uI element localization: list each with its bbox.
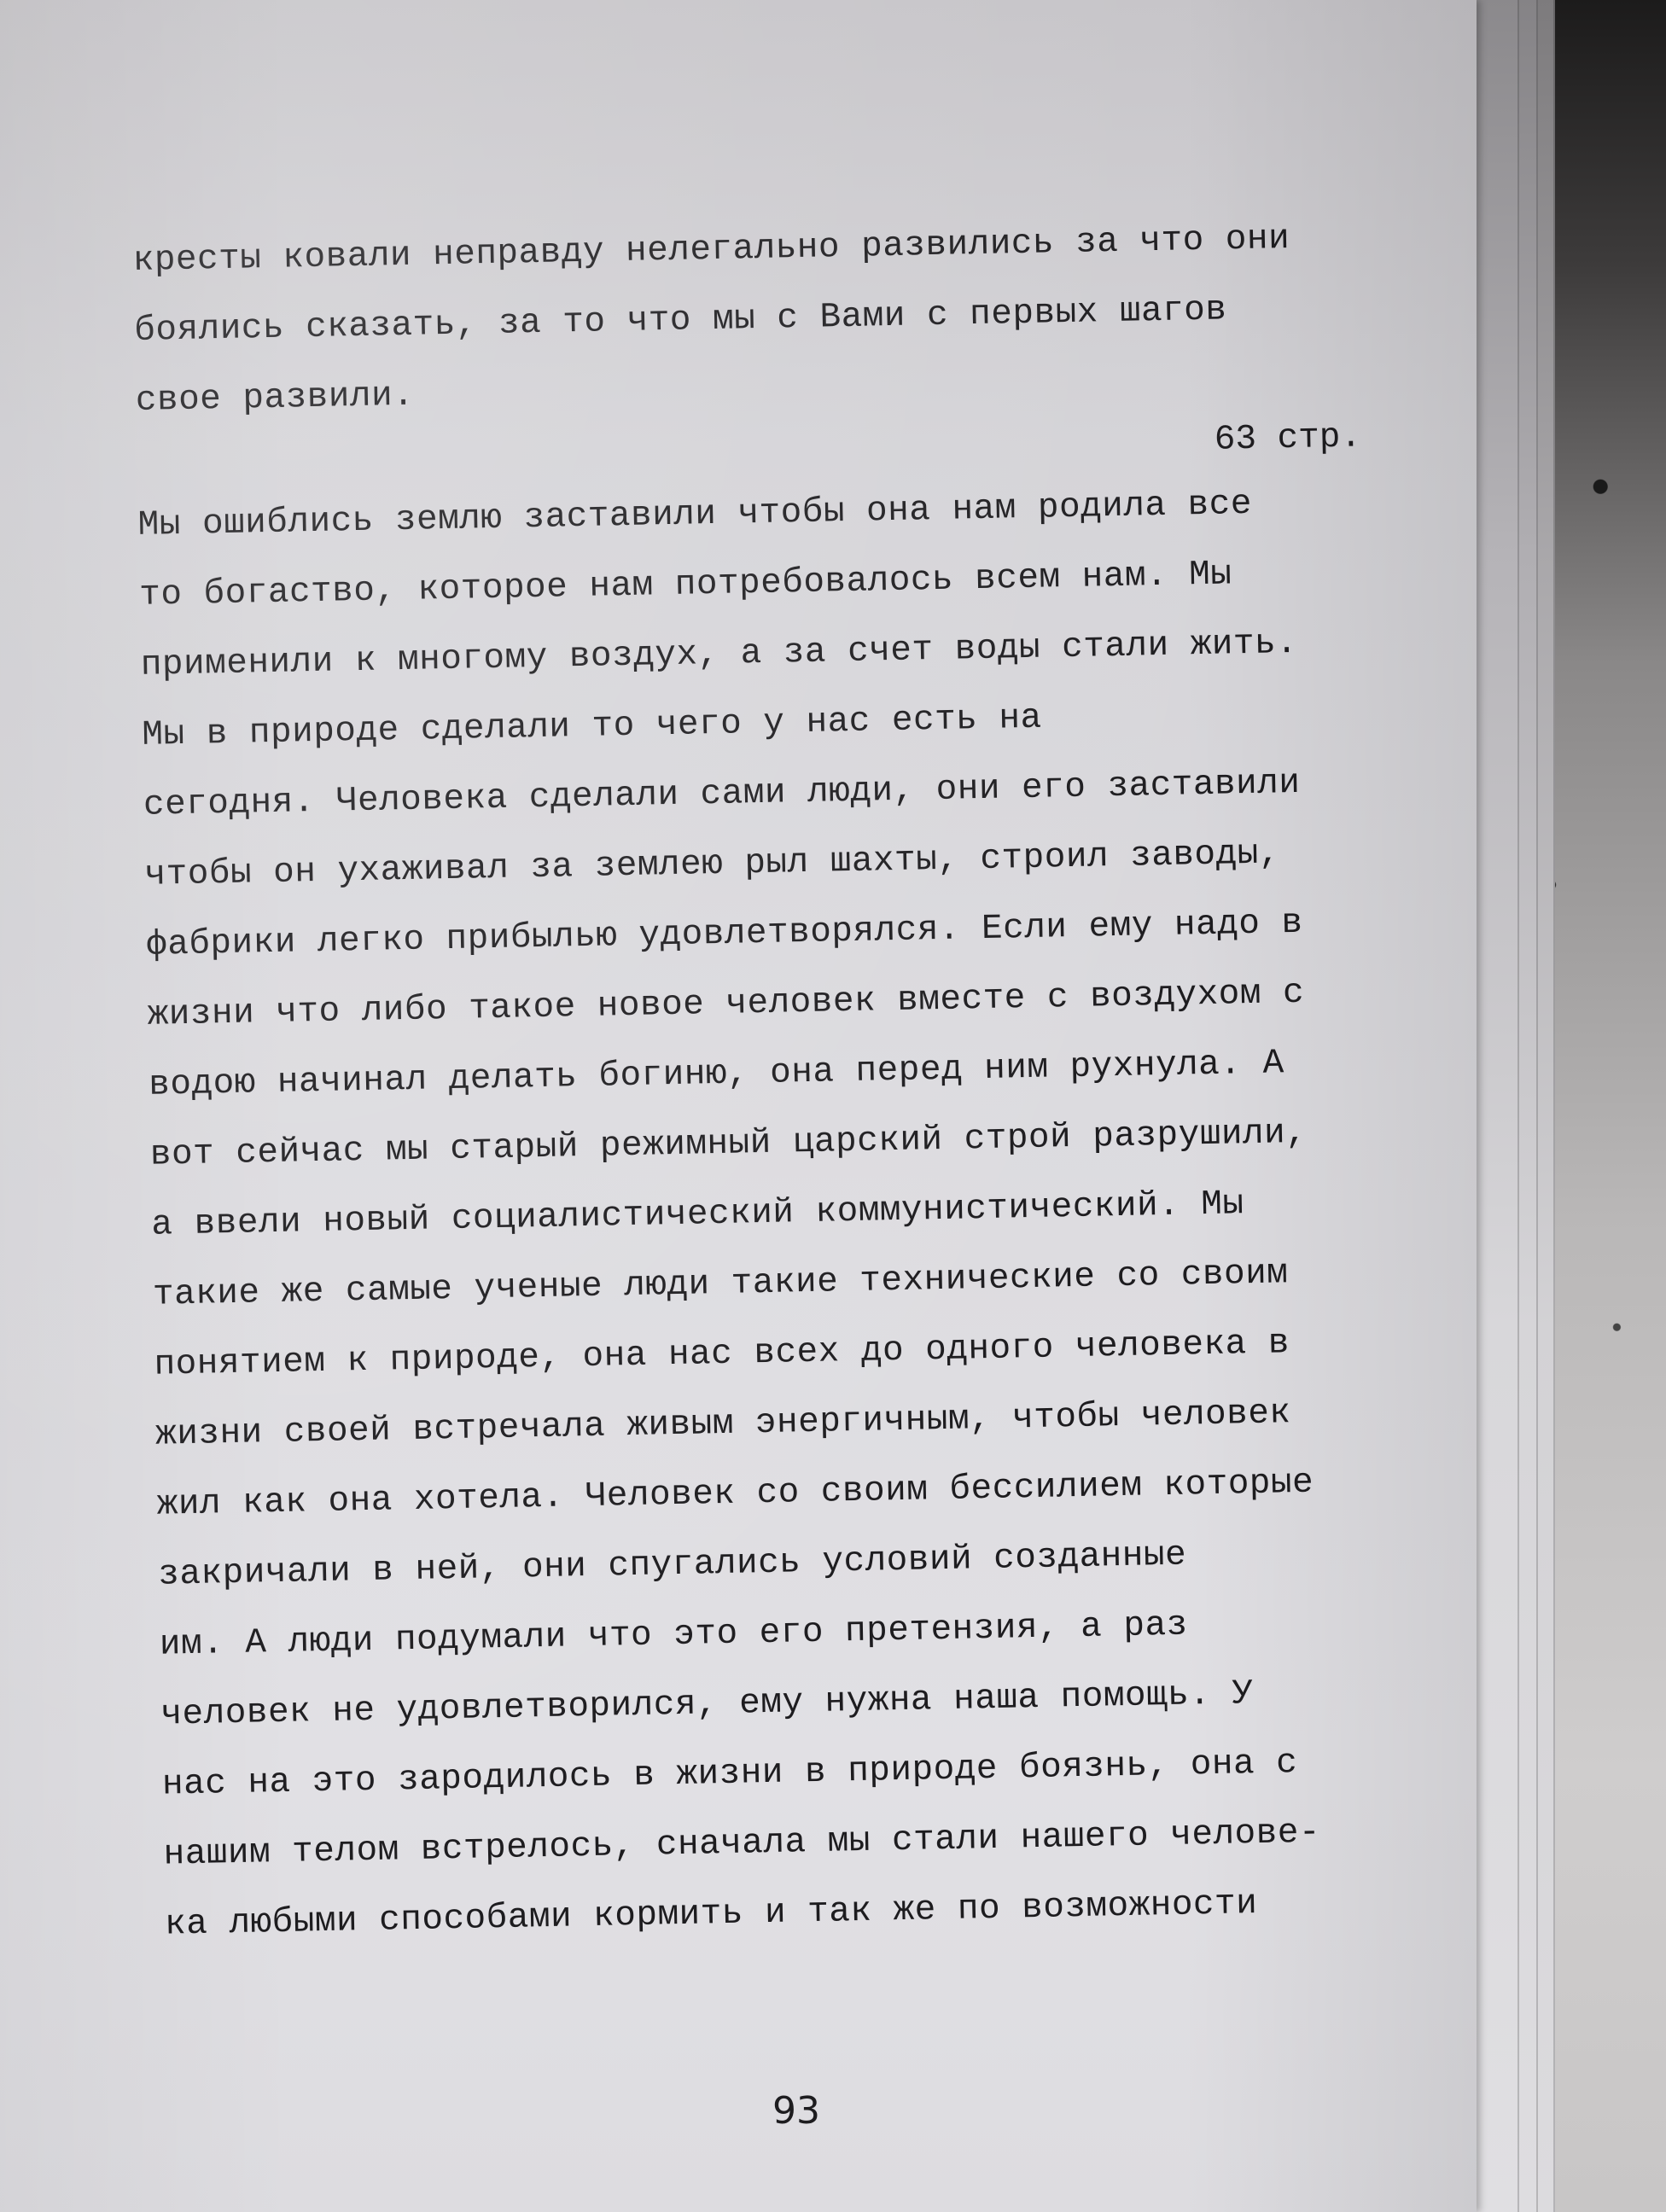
body-text: кресты ковали неправду нелегально развил… [132, 201, 1497, 1960]
paragraph-1: кресты ковали неправду нелегально развил… [132, 201, 1467, 436]
typewritten-page: кресты ковали неправду нелегально развил… [0, 0, 1477, 2212]
paragraph-2: Мы ошиблись землю заставили чтобы она на… [137, 465, 1497, 1960]
page-number: 93 [772, 2089, 820, 2133]
